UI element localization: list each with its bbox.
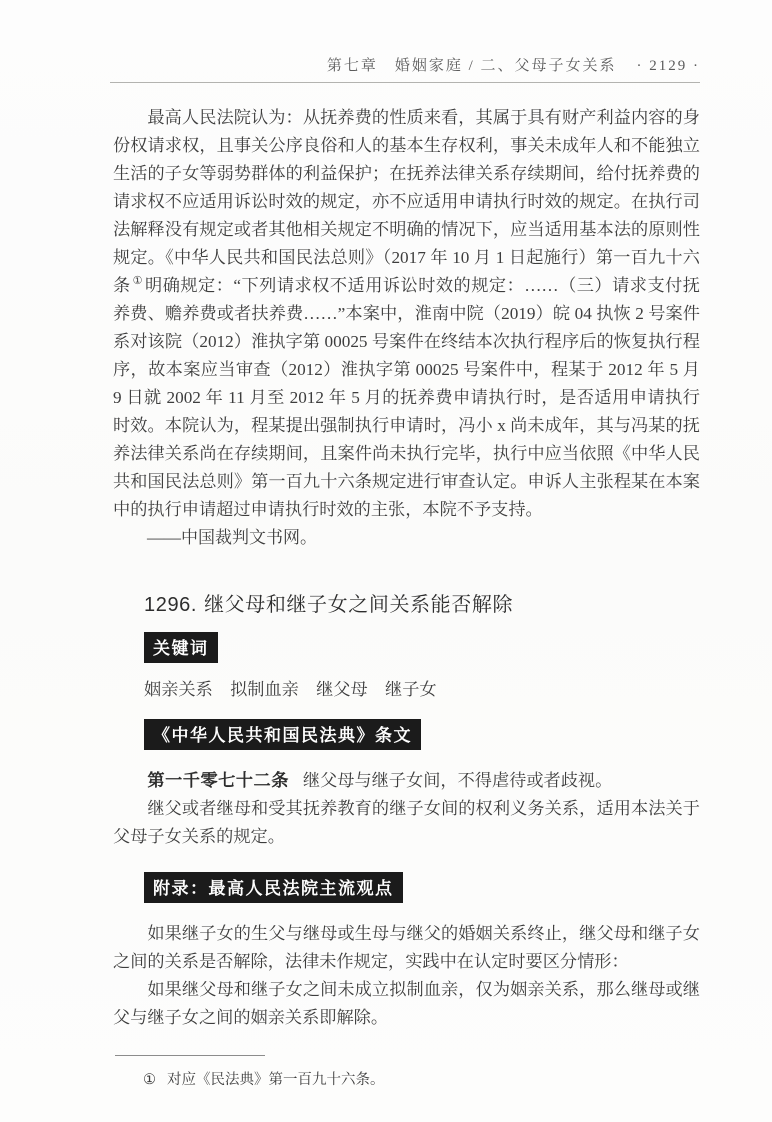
article-first-paragraph: 第一千零七十二条继父母与继子女间，不得虐待或者歧视。	[113, 766, 700, 795]
appendix-paragraph-1: 如果继子女的生父与继母或生母与继父的婚姻关系终止，继父母和继子女之间的关系是否解…	[113, 920, 700, 976]
article-second-paragraph: 继父或者继母和受其抚养教育的继子女间的权利义务关系，适用本法关于父母子女关系的规…	[113, 795, 700, 851]
footnote-reference-mark: ①	[131, 275, 145, 287]
header-rule	[110, 82, 700, 83]
case-source-line: ——中国裁判文书网。	[113, 524, 700, 552]
keyword-item: 继子女	[385, 680, 437, 699]
section-number: 1296.	[144, 594, 197, 616]
footnote-divider	[115, 1055, 265, 1056]
section-heading: 1296.继父母和继子女之间关系能否解除	[144, 588, 700, 617]
statute-article-block: 第一千零七十二条继父母与继子女间，不得虐待或者歧视。 继父或者继母和受其抚养教育…	[113, 766, 700, 851]
keywords-list: 姻亲关系 拟制血亲 继父母 继子女	[144, 678, 700, 702]
keywords-badge-row: 关键词	[144, 632, 700, 663]
footnote-text: 对应《民法典》第一百九十六条。	[167, 1072, 385, 1088]
keyword-item: 姻亲关系	[144, 680, 213, 699]
keywords-label-badge: 关键词	[144, 632, 218, 663]
section-title: 继父母和继子女之间关系能否解除	[204, 594, 513, 616]
appendix-badge-row: 附录：最高人民法院主流观点	[144, 872, 700, 903]
running-header: 第七章 婚姻家庭 / 二、父母子女关系 · 2129 ·	[113, 0, 700, 75]
appendix-paragraph-2: 如果继父母和继子女之间未成立拟制血亲，仅为姻亲关系，那么继母或继父与继子女之间的…	[113, 976, 700, 1032]
statute-label-badge: 《中华人民共和国民法典》条文	[144, 719, 421, 750]
footnote-mark: ①	[143, 1072, 156, 1088]
book-page: 第七章 婚姻家庭 / 二、父母子女关系 · 2129 · 最高人民法院认为：从抚…	[0, 0, 772, 1122]
case-opinion-part1: 最高人民法院认为：从抚养费的性质来看，其属于具有财产利益内容的身份权请求权，且事…	[113, 108, 700, 295]
article-clause-1: 继父母与继子女间，不得虐待或者歧视。	[303, 771, 612, 790]
appendix-label-badge: 附录：最高人民法院主流观点	[144, 872, 403, 903]
keyword-item: 继父母	[316, 680, 368, 699]
chapter-breadcrumb: 第七章 婚姻家庭 / 二、父母子女关系	[327, 54, 617, 75]
statute-badge-row: 《中华人民共和国民法典》条文	[144, 719, 700, 750]
footnote: ①对应《民法典》第一百九十六条。	[143, 1069, 700, 1091]
case-opinion-part2: 明确规定：“下列请求权不适用诉讼时效的规定：……（三）请求支付抚养费、赡养费或者…	[113, 276, 700, 519]
article-number: 第一千零七十二条	[147, 770, 289, 790]
page-number: · 2129 ·	[637, 58, 701, 75]
keyword-item: 拟制血亲	[230, 680, 299, 699]
case-opinion-paragraph: 最高人民法院认为：从抚养费的性质来看，其属于具有财产利益内容的身份权请求权，且事…	[113, 104, 700, 524]
